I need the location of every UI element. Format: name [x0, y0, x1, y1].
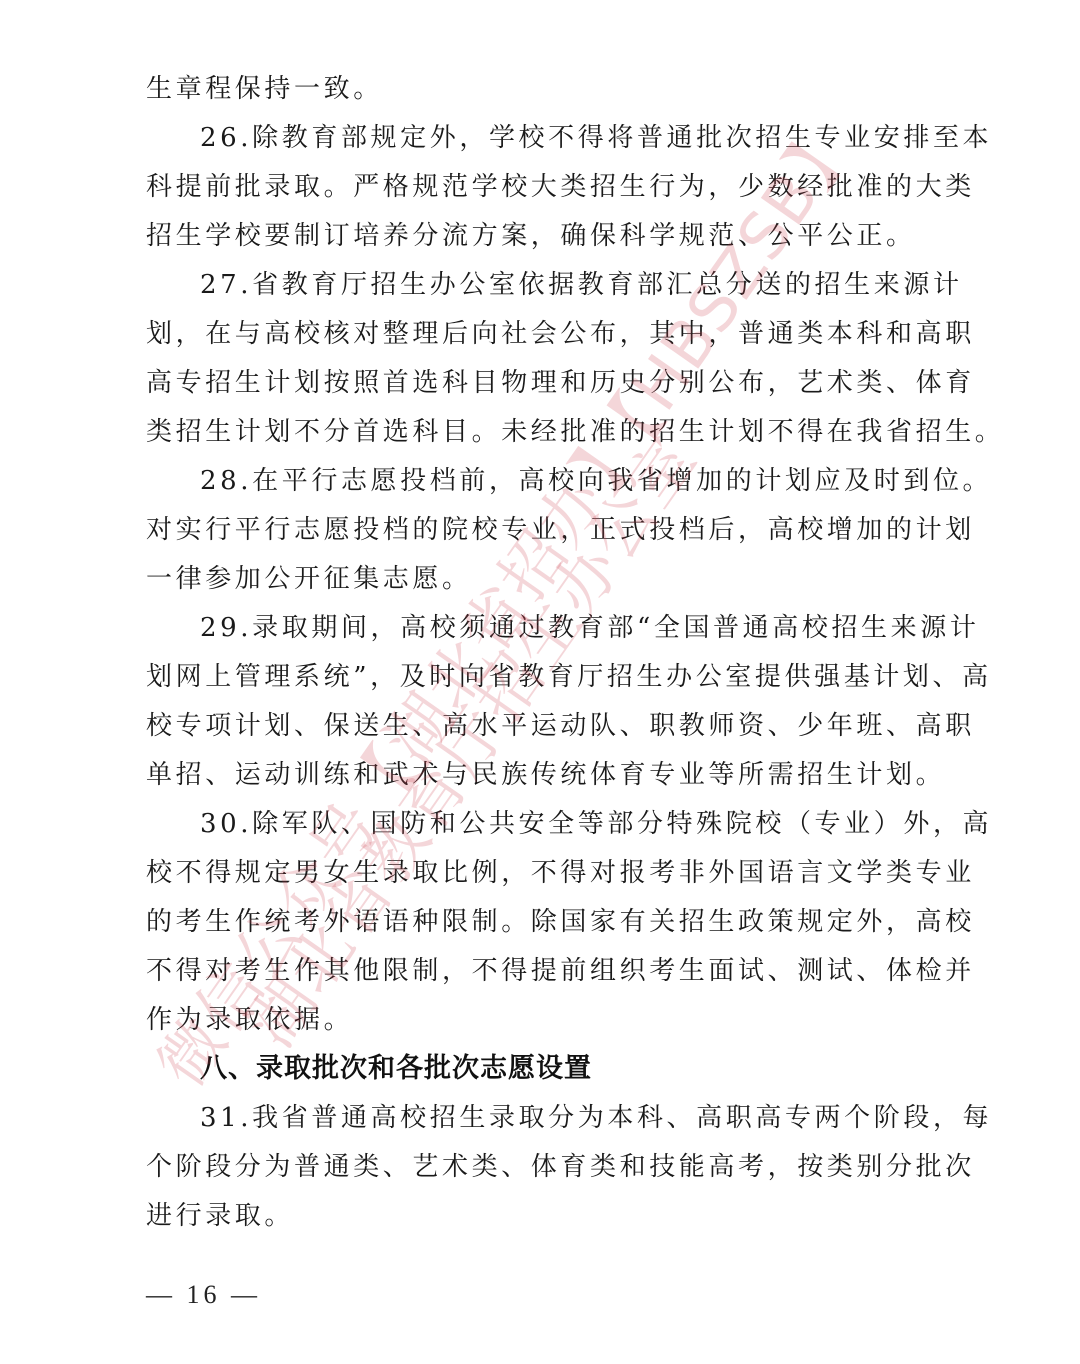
- text-line: 28.在平行志愿投档前，高校向我省增加的计划应及时到位。: [200, 464, 946, 498]
- text-line: 进行录取。: [146, 1199, 946, 1233]
- text-line: 27.省教育厅招生办公室依据教育部汇总分送的招生来源计: [200, 268, 946, 302]
- text-line: 29.录取期间，高校须通过教育部“全国普通高校招生来源计: [200, 611, 946, 645]
- text-line: 类招生计划不分首选科目。未经批准的招生计划不得在我省招生。: [146, 415, 946, 449]
- text-line: 划网上管理系统”，及时向省教育厅招生办公室提供强基计划、高: [146, 660, 946, 694]
- text-line: 高专招生计划按照首选科目物理和历史分别公布，艺术类、体育: [146, 366, 946, 400]
- text-line: 个阶段分为普通类、艺术类、体育类和技能高考，按类别分批次: [146, 1150, 946, 1184]
- text-line: 生章程保持一致。: [146, 72, 946, 106]
- text-line: 单招、运动训练和武术与民族传统体育专业等所需招生计划。: [146, 758, 946, 792]
- text-line: 一律参加公开征集志愿。: [146, 562, 946, 596]
- text-line: 30.除军队、国防和公共安全等部分特殊院校（专业）外，高: [200, 807, 946, 841]
- text-line: 26.除教育部规定外，学校不得将普通批次招生专业安排至本: [200, 121, 946, 155]
- page-number: — 16 —: [146, 1280, 261, 1310]
- section-heading: 八、录取批次和各批次志愿设置: [200, 1052, 592, 1086]
- text-line: 31.我省普通高校招生录取分为本科、高职高专两个阶段，每: [200, 1101, 946, 1135]
- text-line: 校专项计划、保送生、高水平运动队、职教师资、少年班、高职: [146, 709, 946, 743]
- text-line: 的考生作统考外语语种限制。除国家有关招生政策规定外，高校: [146, 905, 946, 939]
- text-line: 划，在与高校核对整理后向社会公布，其中，普通类本科和高职: [146, 317, 946, 351]
- text-line: 招生学校要制订培养分流方案，确保科学规范、公平公正。: [146, 219, 946, 253]
- text-line: 校不得规定男女生录取比例，不得对报考非外国语言文学类专业: [146, 856, 946, 890]
- text-line: 作为录取依据。: [146, 1003, 946, 1037]
- text-line: 科提前批录取。严格规范学校大类招生行为，少数经批准的大类: [146, 170, 946, 204]
- text-line: 不得对考生作其他限制，不得提前组织考生面试、测试、体检并: [146, 954, 946, 988]
- document-page: 生章程保持一致。 26.除教育部规定外，学校不得将普通批次招生专业安排至本 科提…: [0, 0, 1080, 1364]
- text-line: 对实行平行志愿投档的院校专业，正式投档后，高校增加的计划: [146, 513, 946, 547]
